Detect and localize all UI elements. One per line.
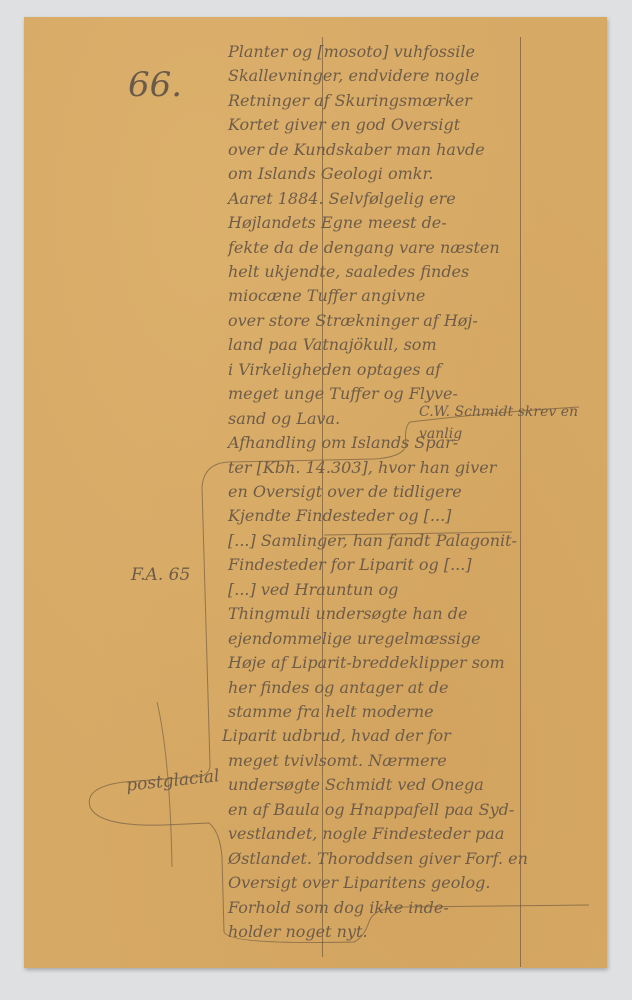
text-line: Skallevninger, endvidere nogle bbox=[228, 66, 479, 85]
text-line: en af Baula og Hnappafell paa Syd- bbox=[228, 800, 514, 819]
text-line: ejendommelige uregelmæssige bbox=[228, 629, 481, 648]
text-line: fekte da de dengang vare næsten bbox=[228, 238, 500, 257]
text-line: Kortet giver en god Oversigt bbox=[228, 115, 460, 134]
text-line: [...] Samlinger, han fandt Palagonit- bbox=[228, 531, 517, 550]
text-line: om Islands Geologi omkr. bbox=[228, 164, 433, 183]
text-line: helt ukjendte, saaledes findes bbox=[228, 262, 469, 281]
text-line: Oversigt over Liparitens geolog. bbox=[228, 873, 490, 892]
text-line: Forhold som dog ikke inde- bbox=[228, 898, 449, 917]
text-line: Aaret 1884. Selvfølgelig ere bbox=[228, 189, 456, 208]
text-line: Kjendte Findesteder og [...] bbox=[228, 506, 451, 525]
text-line: over store Strækninger af Høj- bbox=[228, 311, 478, 330]
text-line: Østlandet. Thoroddsen giver Forf. en bbox=[228, 849, 528, 868]
text-line: land paa Vatnajökull, som bbox=[228, 335, 437, 354]
text-line: i Virkeligheden optages af bbox=[228, 360, 441, 379]
text-line: Højlandets Egne meest de- bbox=[228, 213, 447, 232]
text-line: stamme fra helt moderne bbox=[228, 702, 434, 721]
text-line: meget tvivlsomt. Nærmere bbox=[228, 751, 447, 770]
manuscript-page: 66. Planter og [mosoto] vuhfossile Skall… bbox=[24, 17, 607, 968]
text-line: en Oversigt over de tidligere bbox=[228, 482, 462, 501]
text-line: Liparit udbrud, hvad der for bbox=[222, 726, 451, 745]
text-line: ter [Kbh. 14.303], hvor han giver bbox=[228, 458, 496, 477]
text-line: over de Kundskaber man havde bbox=[228, 140, 485, 159]
text-line: Høje af Liparit-breddeklipper som bbox=[228, 653, 505, 672]
text-line: holder noget nyt. bbox=[228, 922, 368, 941]
text-line: vestlandet, nogle Findesteder paa bbox=[228, 824, 504, 843]
text-line: [...] ved Hrauntun og bbox=[228, 580, 398, 599]
text-line: her findes og antager at de bbox=[228, 678, 448, 697]
margin-reference: F.A. 65 bbox=[131, 565, 190, 585]
text-line: Afhandling om Islands Spar- bbox=[228, 433, 458, 452]
text-line: miocæne Tuffer angivne bbox=[228, 286, 425, 305]
text-line: Thingmuli undersøgte han de bbox=[228, 604, 467, 623]
text-line: Planter og [mosoto] vuhfossile bbox=[228, 42, 475, 61]
text-line: Retninger af Skuringsmærker bbox=[228, 91, 472, 110]
text-line: sand og Lava. bbox=[228, 409, 340, 428]
text-line: Findesteder for Liparit og [...] bbox=[228, 555, 472, 574]
text-line: undersøgte Schmidt ved Onega bbox=[228, 775, 484, 794]
page-number: 66. bbox=[128, 65, 182, 105]
